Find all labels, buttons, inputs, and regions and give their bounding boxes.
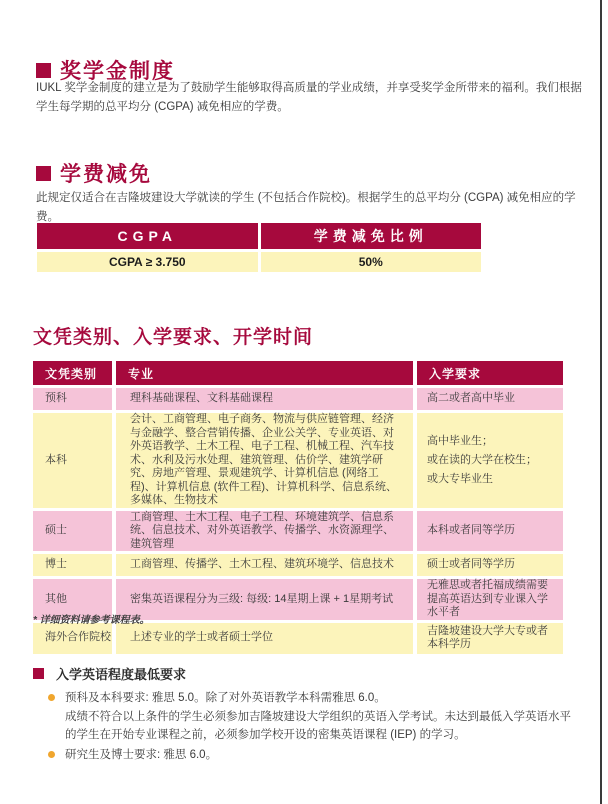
table-row-requirements: 本科或者同等学历 [417,511,563,552]
tuition-title-text: 学费减免 [60,158,152,188]
section-marker-icon [36,166,51,181]
table-row-requirements: 硕士或者同等学历 [417,554,563,576]
english-bullet-item: 研究生及博士要求: 雅思 6.0。 [48,746,581,765]
cgpa-table-header-ratio: 学费减免比例 [261,223,482,249]
section-marker-icon [33,668,44,679]
table-row-majors: 工商管理、传播学、土木工程、建筑环境学、信息技术 [116,554,413,576]
programs-footnote: * 详细资料请参考课程表。 [33,611,150,626]
table-row-requirements: 吉隆坡建设大学大专或者本科学历 [417,623,563,654]
english-bullet-text: 预科及本科要求: 雅思 5.0。除了对外英语教学本科需雅思 6.0。 成绩不符合… [65,689,581,745]
english-bullet-item: 预科及本科要求: 雅思 5.0。除了对外英语教学本科需雅思 6.0。 成绩不符合… [48,689,581,745]
scholarship-body: IUKL 奖学金制度的建立是为了鼓励学生能够取得高质量的学业成绩，并享受奖学金所… [36,79,584,117]
english-title-text: 入学英语程度最低要求 [56,664,186,683]
programs-table: 文凭类别 专业 入学要求 预科 理科基础课程、文科基础课程 高二或者高中毕业 本… [33,361,563,654]
section-marker-icon [36,63,51,78]
brochure-page: 奖学金制度 IUKL 奖学金制度的建立是为了鼓励学生能够取得高质量的学业成绩，并… [0,0,608,804]
page-right-edge [600,0,602,804]
programs-header-requirements: 入学要求 [417,361,563,385]
bullet-dot-icon [48,694,55,701]
cgpa-table-cell-cgpa: CGPA ≥ 3.750 [37,252,258,272]
bullet-dot-icon [48,751,55,758]
cgpa-table-header-cgpa: CGPA [37,223,258,249]
table-row-majors: 上述专业的学士或者硕士学位 [116,623,413,654]
table-row-category: 本科 [33,413,112,508]
table-row-category: 博士 [33,554,112,576]
programs-header-majors: 专业 [116,361,413,385]
table-row-requirements: 高二或者高中毕业 [417,388,563,410]
english-bullet-text: 研究生及博士要求: 雅思 6.0。 [65,746,581,765]
cgpa-table-cell-ratio: 50% [261,252,482,272]
table-row-majors: 密集英语课程分为三级: 每级: 14星期上课 + 1星期考试 [116,579,413,620]
tuition-section-title: 学费减免 [36,158,152,188]
table-row-category: 预科 [33,388,112,410]
table-row-majors: 会计、工商管理、电子商务、物流与供应链管理、经济与金融学、整合营销传播、企业公关… [116,413,413,508]
table-row-category: 硕士 [33,511,112,552]
cgpa-table: CGPA 学费减免比例 CGPA ≥ 3.750 50% [37,223,481,272]
table-row-majors: 工商管理、土木工程、电子工程、环境建筑学、信息系统、信息技术、对外英语教学、传播… [116,511,413,552]
tuition-body: 此规定仅适合在吉隆坡建设大学就读的学生 (不包括合作院校)。根据学生的总平均分 … [36,189,584,227]
table-row-category: 海外合作院校 [33,623,112,654]
programs-section-title: 文凭类别、入学要求、开学时间 [33,322,313,349]
english-section-title: 入学英语程度最低要求 [33,664,186,683]
programs-header-category: 文凭类别 [33,361,112,385]
table-row-majors: 理科基础课程、文科基础课程 [116,388,413,410]
table-row-requirements: 无雅思或者托福成绩需要提高英语达到专业课入学水平者 [417,579,563,620]
table-row-requirements: 高中毕业生； 或在读的大学在校生； 或大专毕业生 [417,413,563,508]
